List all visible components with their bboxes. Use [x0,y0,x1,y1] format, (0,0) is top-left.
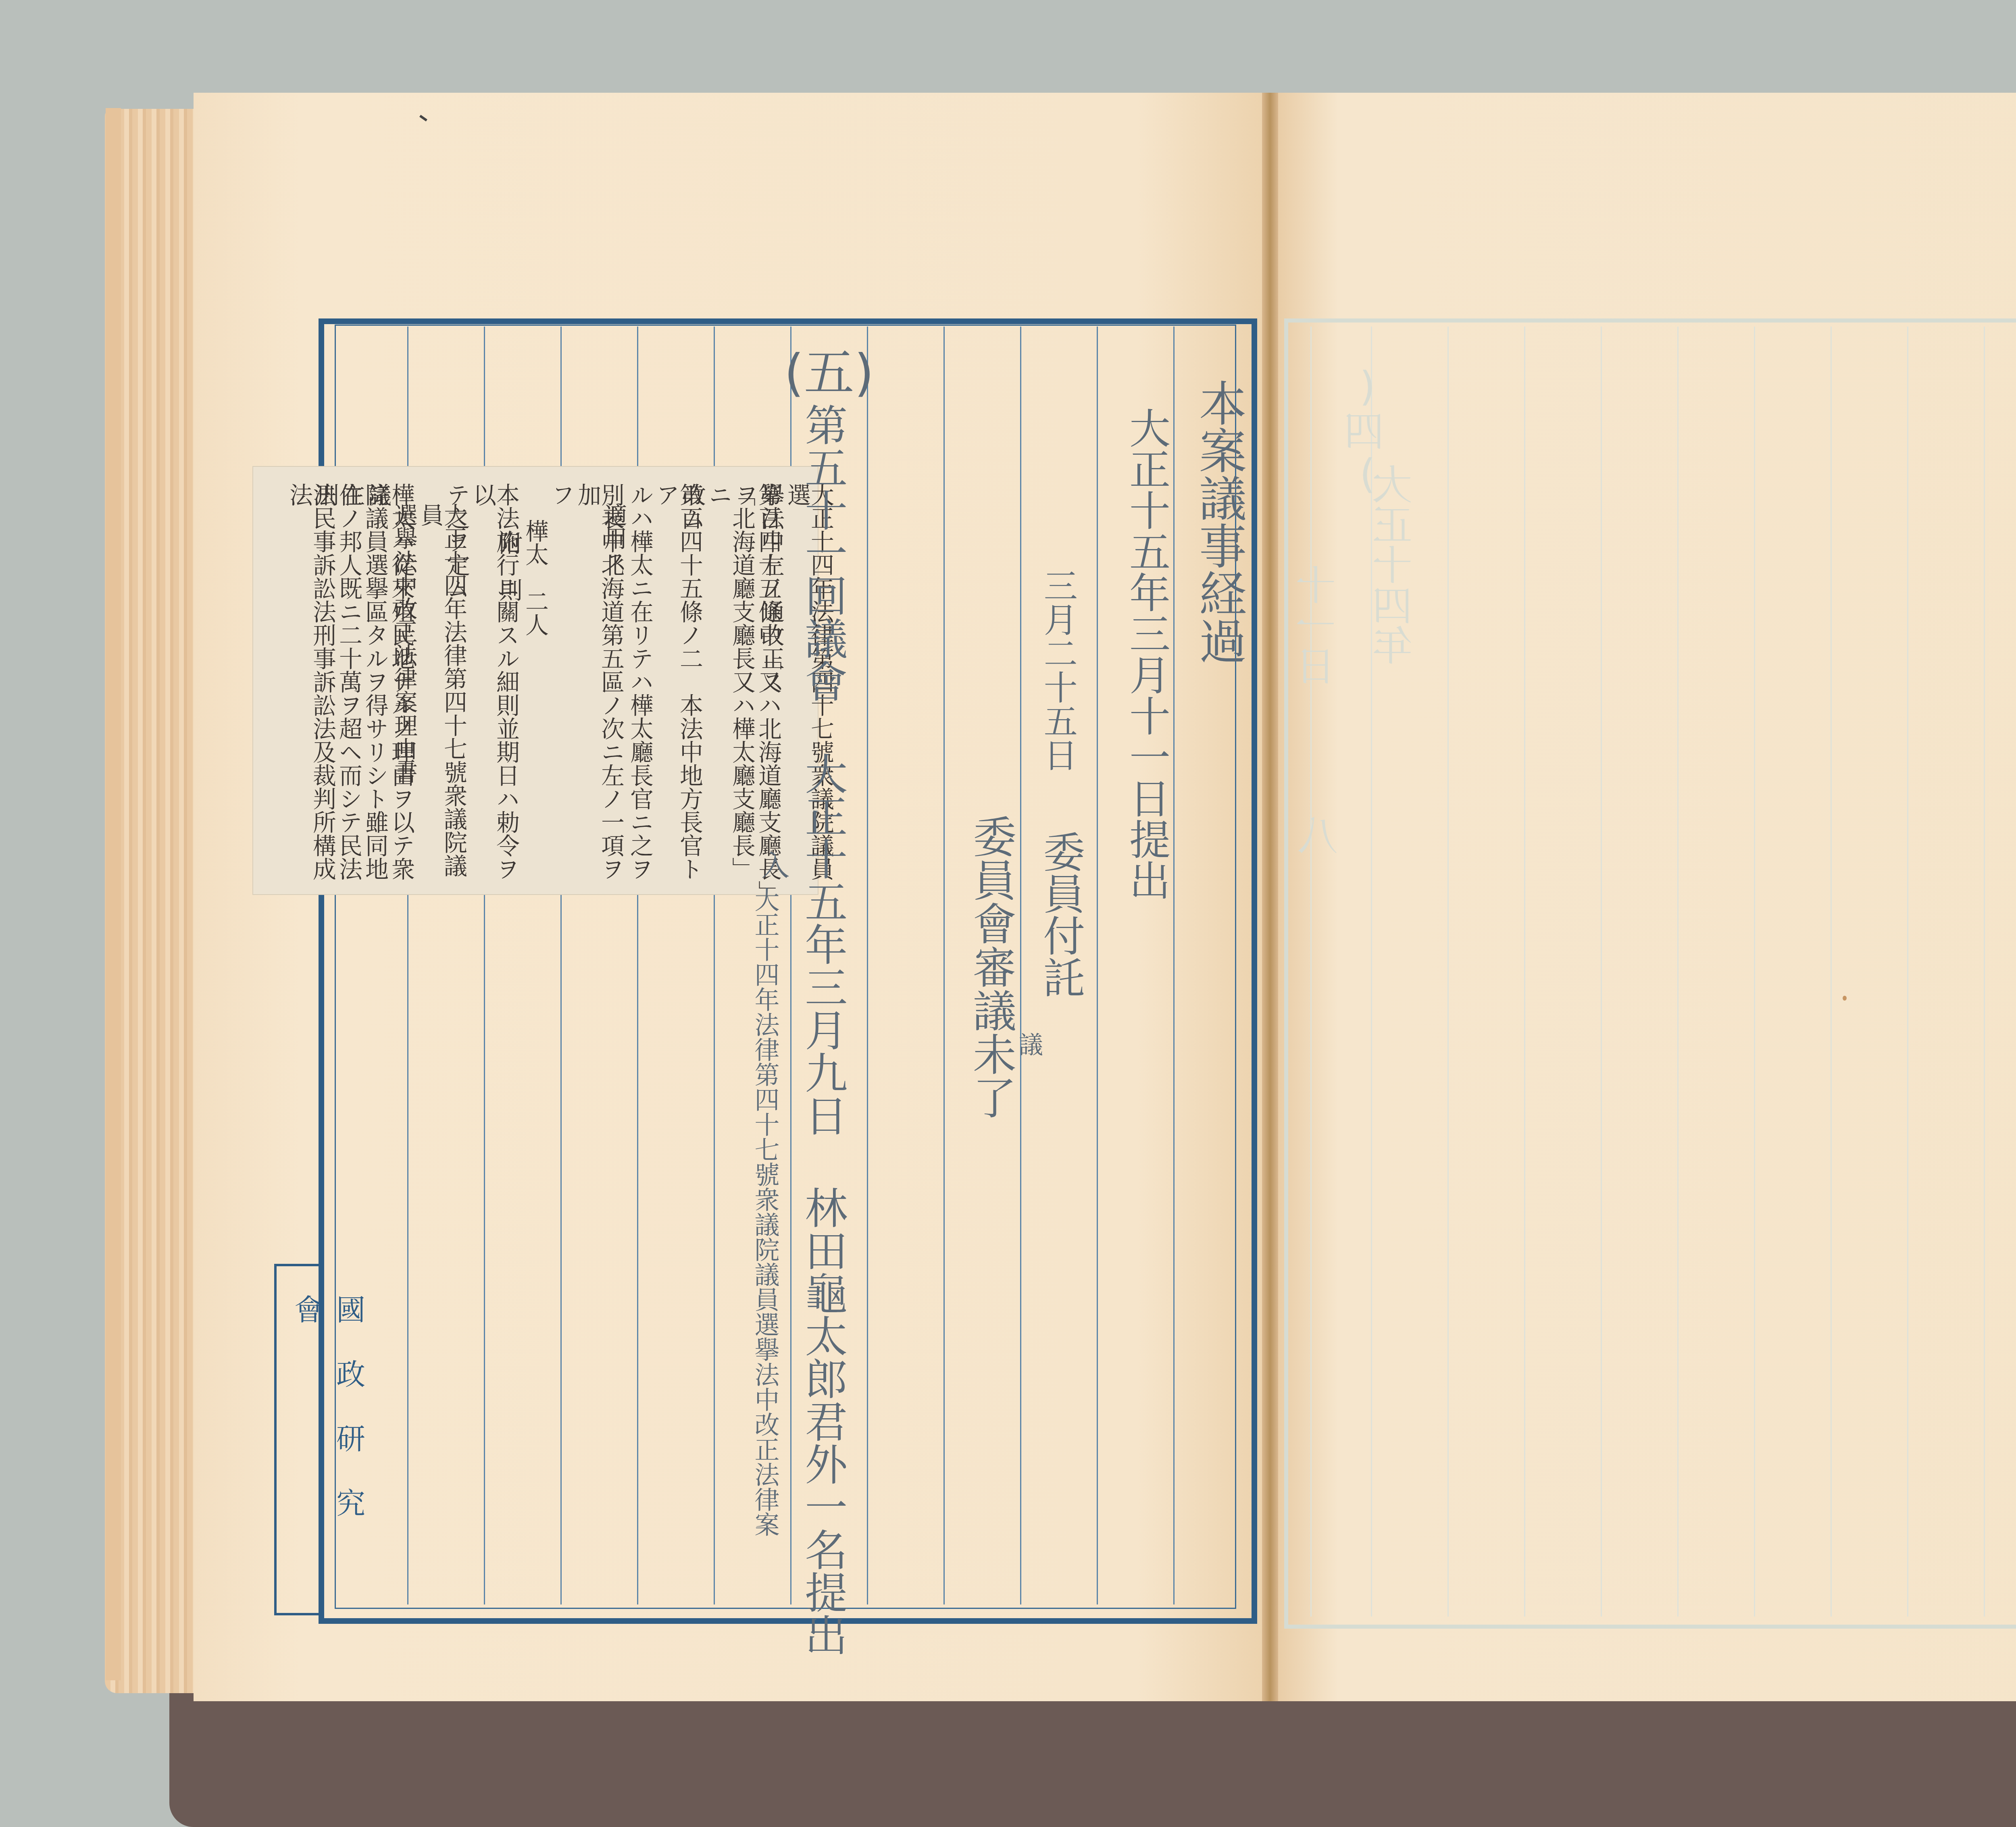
book-gutter [1262,93,1278,1701]
stamp-text: 國政研究會 [285,1294,369,1613]
column-rule [1601,327,1602,1617]
handwritten-title: 本案議事経過 [1193,379,1243,664]
column-rule [1984,327,1985,1617]
clipping-line: 第百四十五條ノ二 本法中地方長官トア [654,483,701,894]
show-through-text: 十一日 [1290,564,1348,685]
column-rule [1173,327,1175,1604]
clipping-line: 別表中北海道第五區ノ次ニ左ノ一項ヲ加 [576,483,623,894]
column-rule [1677,327,1679,1617]
pasted-clipping: 大正十四年法律第四十七號衆議院議員選 擧法中左ノ通改正ス 第百四十五條中「又ハ北… [253,467,818,894]
column-rule [1754,327,1755,1617]
clipping-line: 大正十四年法律第四十七號衆議院議員 [419,503,465,894]
book-shadow [169,1685,2016,1827]
column-rule [1447,327,1449,1617]
handwritten-submission-date: 大正十五年三月十一日提出 [1125,407,1168,901]
column-rule [1310,327,1312,1617]
column-rule [943,327,945,1604]
handwritten-committee-referral: 委員付託 [1038,830,1082,998]
publisher-stamp-left: 國政研究會 [274,1264,321,1615]
show-through-text: 大正十四年 [1367,464,1425,665]
handwritten-bill-title: 大正十四年法律第四十七號衆議院議員選擧法中改正法律案 [752,887,778,1537]
clipping-line: フ [550,483,573,506]
section-number-marker: (五) [784,347,874,400]
column-rule [1524,327,1525,1617]
clipping-line: 本法施行ニ關スル細則並期日ハ勅令ヲ以 [471,483,518,894]
left-cover-edge [106,108,121,1680]
show-through-text: 八 [1292,814,1350,855]
column-rule [1831,327,1832,1617]
clipping-line: 「北海道廳支廳長又ハ樺太廳支廳長」ニ [707,483,754,894]
handwritten-insert-mark: 議 [1016,1032,1041,1056]
clipping-line: 法民事訴訟法刑事訴訟法及裁判所構成法 [287,483,334,894]
handwritten-committee-result: 委員會審議未了 [968,814,1013,1119]
handwritten-referral-date: 三月二十五日 [1040,568,1076,772]
handwritten-session-line: 第五十一回議會 大正十五年三月九日 林田龜太郎君外一名提出 [800,403,845,1656]
clipping-line: 樺太 二人 [523,519,547,636]
column-rule [867,327,868,1604]
clipping-line: ルハ樺太ニ在リテハ樺太廳長官ニ之ヲ [628,483,652,880]
handwritten-margin-mark: 入 [758,851,788,879]
column-rule [1097,327,1098,1604]
column-rule [1907,327,1908,1617]
column-rule [1020,327,1021,1604]
